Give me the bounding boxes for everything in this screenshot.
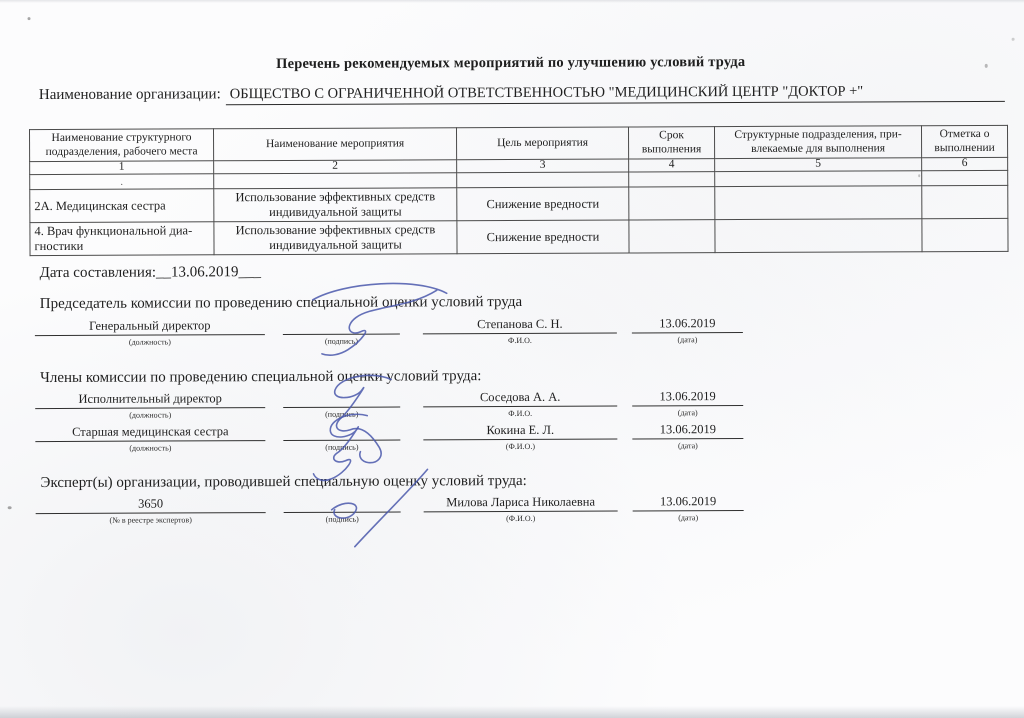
signature-row-expert: 3650 (№ в реестре экспертов) (подпись) М… <box>36 493 744 525</box>
signature-segment: (подпись) <box>283 422 400 451</box>
signature-line <box>284 494 401 513</box>
name-label: (Ф.И.О.) <box>423 440 617 451</box>
table-cell <box>629 172 715 187</box>
table-row: 2А. Медицинская сестра Использование эфф… <box>30 185 1008 222</box>
table-row: 4. Врач функциональной диа-гностики Испо… <box>30 218 1008 255</box>
table-cell: Использование эффективных средств индиви… <box>214 221 457 255</box>
measures-table: Наименование структурного подразделения,… <box>29 125 1009 256</box>
table-cell: Использование эффективных средств индиви… <box>214 188 457 222</box>
header-cell-deadline: Срок выполнения <box>628 127 714 159</box>
signature-row-chairman: Генеральный директор (должность) (подпис… <box>35 315 743 347</box>
date-value: 13.06.2019 <box>633 493 744 511</box>
date-segment: 13.06.2019 (дата) <box>633 493 744 522</box>
signature-segment: (подпись) <box>283 316 400 345</box>
signature-row-member-2: Старшая медицинская сестра (должность) (… <box>35 421 743 453</box>
table-cell <box>922 218 1008 251</box>
table-header-row: Наименование структурного подразделения,… <box>29 125 1007 161</box>
table-cell <box>922 185 1008 218</box>
date-label: (дата) <box>632 333 743 344</box>
date-segment: 13.06.2019 (дата) <box>632 388 743 417</box>
table-cell <box>715 171 922 187</box>
date-segment: 13.06.2019 (дата) <box>632 315 743 344</box>
table-cell <box>922 170 1008 185</box>
table-cell <box>715 186 922 220</box>
signature-segment: (подпись) <box>284 494 401 523</box>
column-number: 1 <box>30 161 214 175</box>
registry-number-value: 3650 <box>36 495 266 514</box>
position-value: Генеральный директор <box>35 317 265 336</box>
position-label: (должность) <box>35 408 265 420</box>
column-number: 4 <box>629 159 715 172</box>
expert-heading: Эксперт(ы) организации, проводившей спец… <box>41 473 527 492</box>
date-value: 13.06.2019 <box>632 315 743 333</box>
name-segment: Соседова А. А. Ф.И.О. <box>423 389 617 418</box>
name-segment: Милова Лариса Николаевна (Ф.И.О.) <box>424 494 618 523</box>
document-title: Перечень рекомендуемых мероприятий по ул… <box>0 53 1023 74</box>
registry-number-segment: 3650 (№ в реестре экспертов) <box>36 495 266 525</box>
table-cell: . <box>30 174 214 190</box>
column-number: 6 <box>922 157 1008 170</box>
organization-row: Наименование организации: ОБЩЕСТВО С ОГР… <box>39 83 1005 106</box>
name-segment: Степанова С. Н. Ф.И.О. <box>423 316 617 345</box>
header-cell-involved: Структурные подразделения, при-влекаемые… <box>714 126 921 159</box>
signature-line <box>283 316 400 335</box>
organization-label: Наименование организации: <box>39 86 221 104</box>
name-segment: Кокина Е. Л. (Ф.И.О.) <box>423 422 617 451</box>
document-content: Перечень рекомендуемых мероприятий по ул… <box>0 0 1024 718</box>
date-value: 13.06.2019 <box>632 421 743 439</box>
table-cell <box>457 172 629 188</box>
column-number: 3 <box>457 159 629 173</box>
header-cell-mark: Отметка о выполнении <box>921 125 1007 157</box>
date-value: 13.06.2019 <box>632 388 743 406</box>
signature-label: (подпись) <box>283 407 400 418</box>
registry-number-label: (№ в реестре экспертов) <box>36 513 266 525</box>
signature-row-member-1: Исполнительный директор (должность) (под… <box>35 388 743 420</box>
position-segment: Исполнительный директор (должность) <box>35 390 265 420</box>
scan-speck <box>28 17 31 20</box>
scan-speck <box>1012 38 1015 41</box>
column-number: 2 <box>214 160 457 174</box>
signature-line <box>283 422 400 441</box>
name-value: Милова Лариса Николаевна <box>424 494 618 513</box>
signature-ink-overlay <box>0 0 1024 718</box>
name-label: Ф.И.О. <box>423 407 617 418</box>
measures-table-wrapper: Наименование структурного подразделения,… <box>29 125 1009 256</box>
date-segment: 13.06.2019 (дата) <box>632 421 743 450</box>
column-number: 5 <box>715 158 922 172</box>
name-label: Ф.И.О. <box>423 334 617 345</box>
signature-label: (подпись) <box>283 440 400 451</box>
compilation-date-line: Дата составления:__13.06.2019___ <box>40 264 261 282</box>
scanned-document-page: Перечень рекомендуемых мероприятий по ул… <box>0 0 1024 718</box>
table-cell <box>715 219 922 253</box>
scan-speck <box>8 506 12 509</box>
date-label: (дата) <box>633 511 744 522</box>
signature-line <box>283 389 400 408</box>
table-cell: 2А. Медицинская сестра <box>30 189 214 223</box>
date-label: (дата) <box>632 406 743 417</box>
signature-label: (подпись) <box>283 334 400 345</box>
date-label: (дата) <box>632 439 743 450</box>
table-cell: Снижение вредности <box>457 187 629 221</box>
chairman-heading: Председатель комиссии по проведению спец… <box>40 294 522 313</box>
table-cell <box>629 220 715 253</box>
organization-name: ОБЩЕСТВО С ОГРАНИЧЕННОЙ ОТВЕТСТВЕННОСТЬЮ… <box>226 83 1005 105</box>
header-cell-unit: Наименование структурного подразделения,… <box>29 129 213 162</box>
table-cell: Снижение вредности <box>457 220 629 254</box>
position-value: Старшая медицинская сестра <box>35 423 265 442</box>
position-label: (должность) <box>35 335 265 347</box>
position-segment: Старшая медицинская сестра (должность) <box>35 423 265 453</box>
table-cell <box>629 187 715 220</box>
name-value: Степанова С. Н. <box>423 316 617 335</box>
name-value: Кокина Е. Л. <box>423 422 617 441</box>
table-cell: 4. Врач функциональной диа-гностики <box>30 222 214 256</box>
signature-segment: (подпись) <box>283 389 400 418</box>
header-cell-purpose: Цель мероприятия <box>456 127 628 160</box>
position-segment: Генеральный директор (должность) <box>35 317 265 347</box>
name-label: (Ф.И.О.) <box>424 512 618 523</box>
position-value: Исполнительный директор <box>35 390 265 409</box>
position-label: (должность) <box>35 441 265 453</box>
name-value: Соседова А. А. <box>423 389 617 408</box>
signature-label: (подпись) <box>284 512 401 523</box>
members-heading: Члены комиссии по проведению специальной… <box>40 368 481 387</box>
table-cell <box>214 173 457 189</box>
header-cell-measure: Наименование мероприятия <box>213 128 456 161</box>
